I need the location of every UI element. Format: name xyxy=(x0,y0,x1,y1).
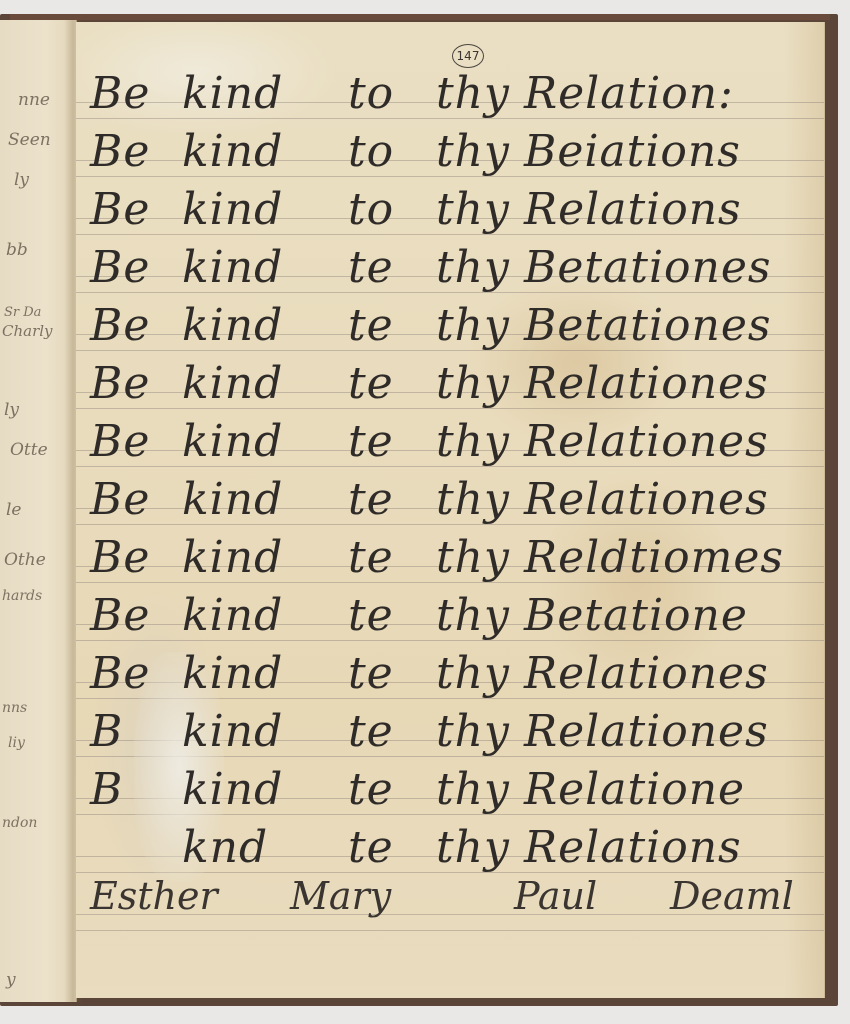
word-relations: Relations xyxy=(524,184,742,235)
word-relations: Relation: xyxy=(524,68,734,119)
left-page-fragment: nns xyxy=(2,700,27,716)
left-page-fragment: bb xyxy=(6,240,28,260)
word-thy: thy xyxy=(436,300,510,351)
left-page-fragment: liy xyxy=(8,735,25,751)
word-to: to xyxy=(348,126,394,177)
word-to: to xyxy=(348,184,394,235)
word-relations: Relationes xyxy=(524,474,769,525)
word-relations: Beiations xyxy=(524,126,741,177)
copybook-page: 147 Be kind to thy Relation: Be kind to … xyxy=(76,22,825,998)
word-relations: Relationes xyxy=(524,648,769,699)
word-be: Be xyxy=(90,648,150,699)
left-page-fragment: ly xyxy=(4,400,19,420)
word-thy: thy xyxy=(436,706,510,757)
word-be: Be xyxy=(90,416,150,467)
left-page-fragment: ly xyxy=(14,170,29,190)
word-to: te xyxy=(348,242,394,293)
word-to: te xyxy=(348,764,394,815)
left-page-fragment: Charly xyxy=(2,322,53,340)
word-relations: Betationes xyxy=(524,242,772,293)
word-to: te xyxy=(348,590,394,641)
word-relations: Betationes xyxy=(524,300,772,351)
word-relations: Relationes xyxy=(524,416,769,467)
word-be: Be xyxy=(90,532,150,583)
word-thy: thy xyxy=(436,532,510,583)
left-page-fragment: le xyxy=(6,500,22,520)
word-to: te xyxy=(348,300,394,351)
left-page-fragment: ndon xyxy=(2,815,37,831)
word-to: te xyxy=(348,358,394,409)
word-be: Be xyxy=(90,126,150,177)
word-be: Be xyxy=(90,474,150,525)
cover-top-edge xyxy=(10,14,830,20)
word-relations: Relations xyxy=(524,822,742,873)
word-thy: thy xyxy=(436,184,510,235)
left-page-fragment: y xyxy=(6,970,16,990)
word-to: te xyxy=(348,648,394,699)
word-kind: kind xyxy=(182,706,283,757)
word-to: te xyxy=(348,416,394,467)
word-thy: thy xyxy=(436,68,510,119)
left-page-fragment: Seen xyxy=(8,130,51,150)
word-thy: thy xyxy=(436,416,510,467)
word-be: Be xyxy=(90,300,150,351)
word-kind: kind xyxy=(182,242,283,293)
word-be: Be xyxy=(90,590,150,641)
word-be: Be xyxy=(90,184,150,235)
word-be: B xyxy=(90,764,123,815)
word-relations: Relationes xyxy=(524,358,769,409)
left-page-fragment: Othe xyxy=(4,550,46,570)
page-number: 147 xyxy=(452,44,484,68)
word-be: B xyxy=(90,706,123,757)
word-thy: thy xyxy=(436,242,510,293)
word-to: te xyxy=(348,706,394,757)
word-kind: kind xyxy=(182,184,283,235)
word-to: to xyxy=(348,68,394,119)
word-to: te xyxy=(348,822,394,873)
word-kind: kind xyxy=(182,416,283,467)
word-kind: knd xyxy=(182,822,268,873)
signature-paul: Paul xyxy=(514,874,597,918)
word-kind: kind xyxy=(182,126,283,177)
water-stain xyxy=(784,22,824,998)
signature-line: Esther Mary Paul Deaml xyxy=(90,874,810,934)
word-relations: Relationes xyxy=(524,706,769,757)
word-thy: thy xyxy=(436,822,510,873)
left-page-fragment: Sr Da xyxy=(4,305,41,320)
word-thy: thy xyxy=(436,358,510,409)
left-page-fragment: nne xyxy=(18,90,50,110)
word-relations: Relatione xyxy=(524,764,745,815)
word-thy: thy xyxy=(436,590,510,641)
word-kind: kind xyxy=(182,300,283,351)
signature-mary: Mary xyxy=(290,874,391,918)
word-thy: thy xyxy=(436,764,510,815)
word-thy: thy xyxy=(436,474,510,525)
word-kind: kind xyxy=(182,648,283,699)
word-be: Be xyxy=(90,242,150,293)
word-kind: kind xyxy=(182,532,283,583)
word-kind: kind xyxy=(182,68,283,119)
left-page-fragment: hards xyxy=(2,588,42,604)
word-thy: thy xyxy=(436,648,510,699)
word-be: Be xyxy=(90,358,150,409)
signature-esther: Esther xyxy=(90,874,218,918)
left-page-fragment: Otte xyxy=(10,440,48,460)
word-be: Be xyxy=(90,68,150,119)
signature-deaml: Deaml xyxy=(670,874,794,918)
word-kind: kind xyxy=(182,764,283,815)
word-to: te xyxy=(348,532,394,583)
word-relations: Betatione xyxy=(524,590,748,641)
word-relations: Reldtiomes xyxy=(524,532,784,583)
word-to: te xyxy=(348,474,394,525)
word-kind: kind xyxy=(182,474,283,525)
word-thy: thy xyxy=(436,126,510,177)
word-kind: kind xyxy=(182,358,283,409)
word-kind: kind xyxy=(182,590,283,641)
